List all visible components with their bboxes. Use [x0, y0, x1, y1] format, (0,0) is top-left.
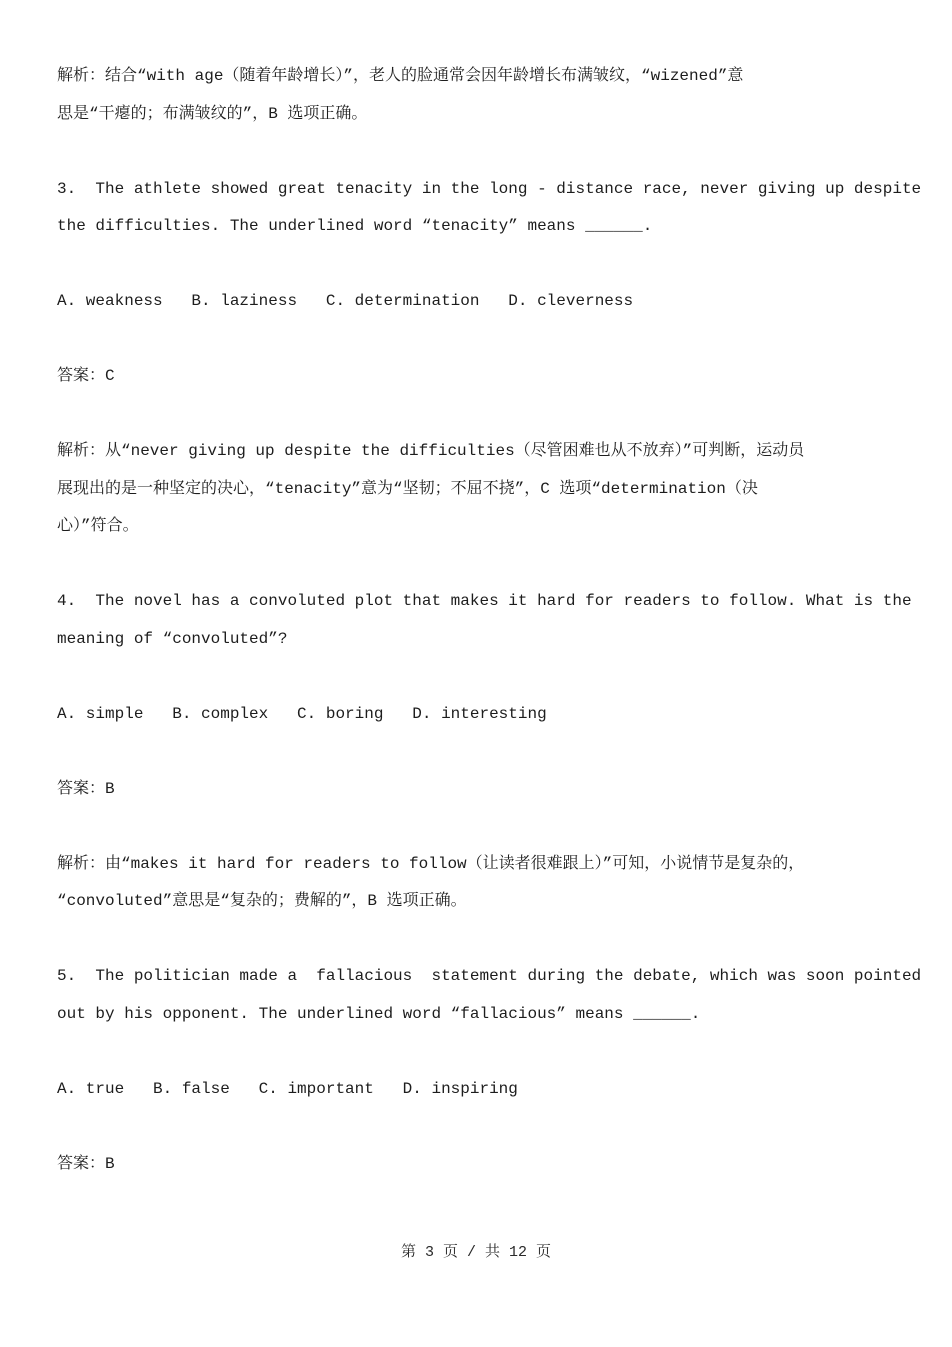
text-line: 答案：B — [57, 771, 902, 809]
answer-4: 答案：B — [57, 771, 902, 809]
options-4: A. simple B. complex C. boring D. intere… — [57, 696, 902, 734]
text-line: 解析：由“makes it hard for readers to follow… — [57, 846, 902, 884]
text-line: 解析：结合“with age（随着年龄增长）”，老人的脸通常会因年龄增长布满皱纹… — [57, 58, 902, 96]
text-line: 4. The novel has a convoluted plot that … — [57, 583, 902, 621]
text-line: 展现出的是一种坚定的决心，“tenacity”意为“坚韧；不屈不挠”，C 选项“… — [57, 471, 902, 509]
text-line: out by his opponent. The underlined word… — [57, 996, 902, 1034]
text-line: meaning of “convoluted”? — [57, 621, 902, 659]
text-line: 5. The politician made a fallacious stat… — [57, 958, 902, 996]
text-line: A. true B. false C. important D. inspiri… — [57, 1071, 902, 1109]
text-line: 答案：B — [57, 1146, 902, 1184]
options-5: A. true B. false C. important D. inspiri… — [57, 1071, 902, 1109]
question-3: 3. The athlete showed great tenacity in … — [57, 171, 902, 246]
text-line: the difficulties. The underlined word “t… — [57, 208, 902, 246]
text-line: 答案：C — [57, 358, 902, 396]
answer-3: 答案：C — [57, 358, 902, 396]
analysis-3: 解析：从“never giving up despite the difficu… — [57, 433, 902, 546]
text-line: A. simple B. complex C. boring D. intere… — [57, 696, 902, 734]
text-line: 思是“干瘪的；布满皱纹的”，B 选项正确。 — [57, 96, 902, 134]
question-5: 5. The politician made a fallacious stat… — [57, 958, 902, 1033]
analysis-4: 解析：由“makes it hard for readers to follow… — [57, 846, 902, 921]
text-line: 3. The athlete showed great tenacity in … — [57, 171, 902, 209]
analysis-q2: 解析：结合“with age（随着年龄增长）”，老人的脸通常会因年龄增长布满皱纹… — [57, 58, 902, 133]
answer-5: 答案：B — [57, 1146, 902, 1184]
page-content: 解析：结合“with age（随着年龄增长）”，老人的脸通常会因年龄增长布满皱纹… — [0, 0, 952, 1183]
text-line: 心）”符合。 — [57, 508, 902, 546]
document-page: { "colors": { "background": "#ffffff", "… — [0, 0, 952, 1347]
options-3: A. weakness B. laziness C. determination… — [57, 283, 902, 321]
text-line: “convoluted”意思是“复杂的；费解的”，B 选项正确。 — [57, 883, 902, 921]
page-number: 第 3 页 / 共 12 页 — [0, 1243, 952, 1263]
question-4: 4. The novel has a convoluted plot that … — [57, 583, 902, 658]
text-line: A. weakness B. laziness C. determination… — [57, 283, 902, 321]
text-line: 解析：从“never giving up despite the difficu… — [57, 433, 902, 471]
